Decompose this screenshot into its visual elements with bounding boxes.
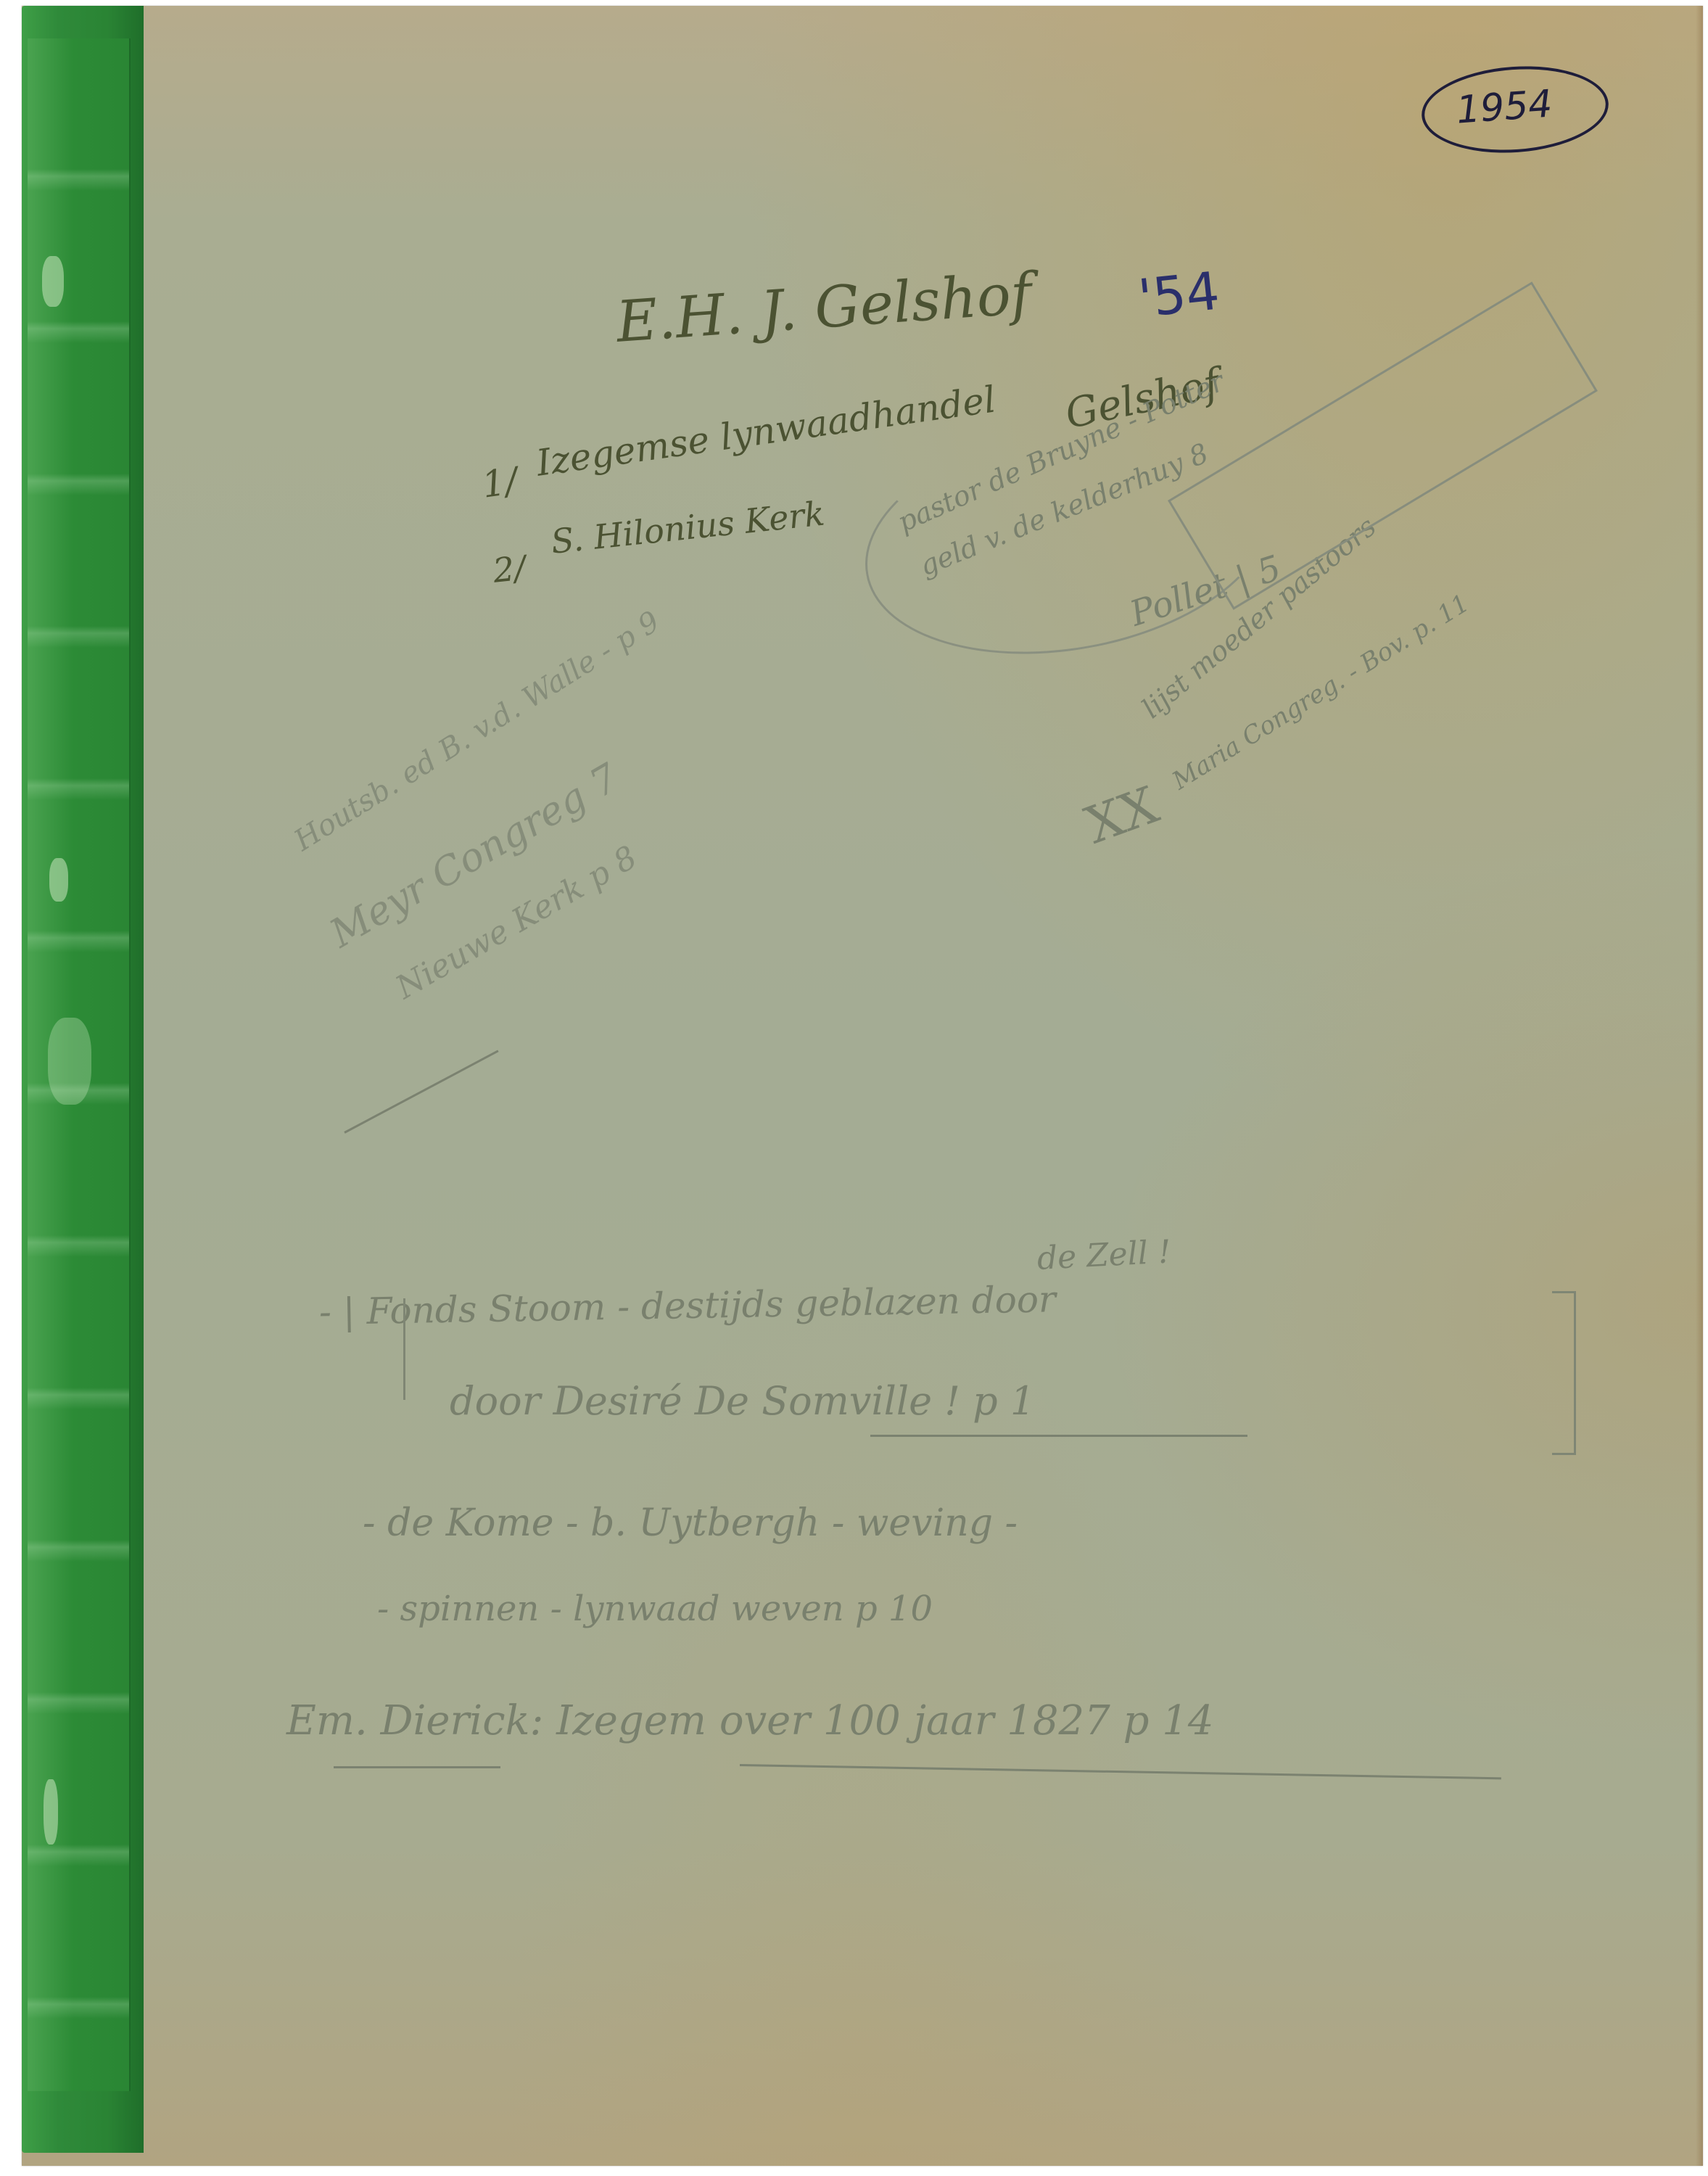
left-bracket <box>403 1298 405 1400</box>
title-year: '54 <box>1136 260 1223 329</box>
bottom-note-spinnen: - spinnen - lynwaad weven p 10 <box>377 1588 933 1629</box>
spine-wear-mark <box>49 858 68 902</box>
spine-wear-mark <box>44 1779 58 1845</box>
cover-edge <box>1696 6 1703 2166</box>
spine-tape <box>28 38 131 2091</box>
bottom-note-zell: de Zell ! <box>1036 1233 1172 1277</box>
year-stamp: 1954 <box>1455 82 1554 132</box>
underline-em <box>334 1766 500 1768</box>
spine-wear-mark <box>42 256 64 307</box>
spine-wear-mark <box>48 1018 91 1105</box>
right-bracket <box>1552 1291 1576 1455</box>
bottom-note-dierick: Em. Dierick: Izegem over 100 jaar 1827 p… <box>286 1697 1214 1744</box>
bottom-note-desire: door Desiré De Somville ! p 1 <box>450 1378 1035 1424</box>
green-spine <box>22 6 144 2153</box>
contents-number: 1/ <box>479 460 520 506</box>
underline-somville <box>870 1435 1247 1437</box>
bottom-note-kome: - de Kome - b. Uytbergh - weving - <box>363 1501 1018 1545</box>
contents-number: 2/ <box>491 548 527 590</box>
